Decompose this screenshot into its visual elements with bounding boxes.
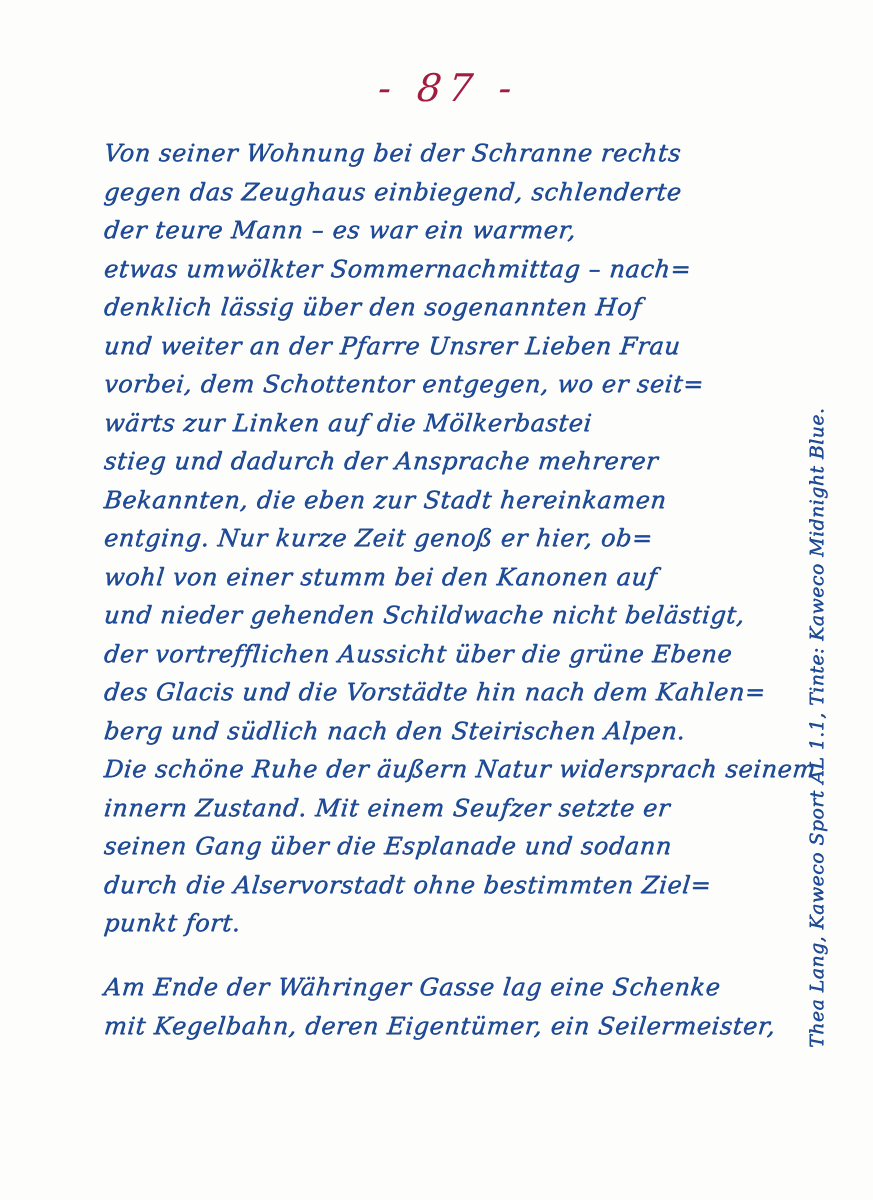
manuscript-page: - 87 - Von seiner Wohnung bei der Schran… [0,0,873,1200]
handwritten-line: und weiter an der Pfarre Unsrer Lieben F… [102,327,778,366]
handwritten-line: Bekannten, die eben zur Stadt hereinkame… [102,481,778,520]
handwritten-line: vorbei, dem Schottentor entgegen, wo er … [102,365,778,404]
paragraph-2: Am Ende der Währinger Gasse lag eine Sch… [102,968,774,1045]
handwritten-line: mit Kegelbahn, deren Eigentümer, ein Sei… [102,1007,778,1046]
handwritten-line: Die schöne Ruhe der äußern Natur widersp… [102,750,778,789]
handwritten-line: gegen das Zeughaus einbiegend, schlender… [102,173,778,212]
handwritten-line: punkt fort. [102,904,778,943]
handwritten-line: wärts zur Linken auf die Mölkerbastei [102,404,778,443]
handwritten-line: des Glacis und die Vorstädte hin nach de… [102,673,778,712]
handwritten-line: der teure Mann – es war ein warmer, [102,211,778,250]
handwritten-line: durch die Alservorstadt ohne bestimmten … [102,866,778,905]
handwritten-line: denklich lässig über den sogenannten Hof [102,288,778,327]
handwritten-line: und nieder gehenden Schildwache nicht be… [102,596,778,635]
margin-note-pen-and-ink: Thea Lang, Kaweco Sport AL 1.1, Tinte: K… [806,336,828,1048]
handwritten-line: wohl von einer stumm bei den Kanonen auf [102,558,778,597]
handwritten-line: der vortrefflichen Aussicht über die grü… [102,635,778,674]
handwritten-line: berg und südlich nach den Steirischen Al… [102,712,778,751]
handwritten-line: Von seiner Wohnung bei der Schranne rech… [102,134,778,173]
handwritten-line: Am Ende der Währinger Gasse lag eine Sch… [102,968,778,1007]
handwritten-line: etwas umwölkter Sommernachmittag – nach= [102,250,778,289]
handwritten-line: entging. Nur kurze Zeit genoß er hier, o… [102,519,778,558]
page-number: - 87 - [0,66,873,110]
paragraph-1: Von seiner Wohnung bei der Schranne rech… [102,134,774,943]
handwritten-line: stieg und dadurch der Ansprache mehrerer [102,442,778,481]
handwritten-line: seinen Gang über die Esplanade und sodan… [102,827,778,866]
handwritten-line: innern Zustand. Mit einem Seufzer setzte… [102,789,778,828]
